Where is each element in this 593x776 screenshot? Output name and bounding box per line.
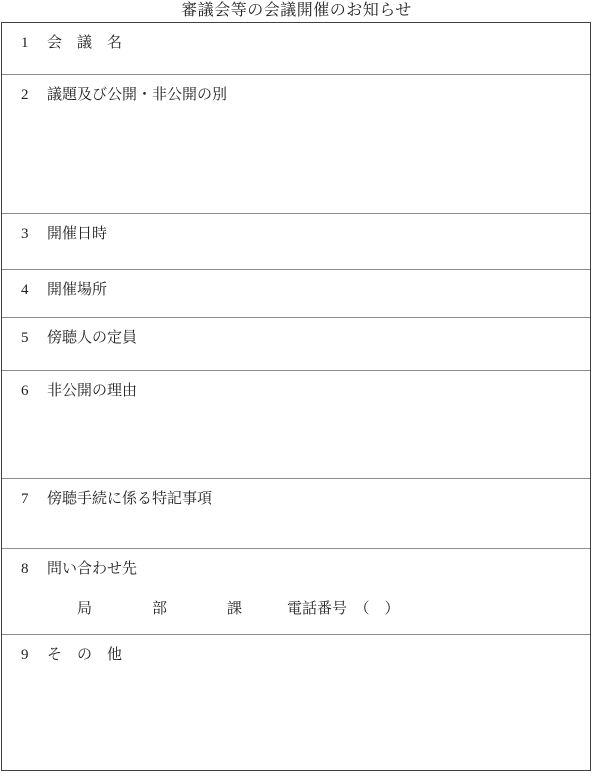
row-label: 議題及び公開・非公開の別 [47,86,227,104]
row-label: 開催日時 [47,225,107,243]
row-number: 7 [21,490,47,508]
row-number: 6 [21,382,47,400]
table-row-non-disclosure-reason: 6 非公開の理由 [2,370,590,478]
row-label: 傍聴手続に係る特記事項 [47,490,212,508]
row-label: 会 議 名 [47,34,122,52]
row-number: 5 [21,329,47,347]
row-label: 問い合わせ先 [47,560,137,578]
meeting-notice-form-table: 1 会 議 名 2 議題及び公開・非公開の別 3 開催日時 4 開催場所 5 傍… [1,22,591,771]
table-row-meeting-name: 1 会 議 名 [2,23,590,74]
table-row-agenda-public-private: 2 議題及び公開・非公開の別 [2,74,590,213]
row-number: 9 [21,646,47,664]
row-number: 4 [21,281,47,299]
row-number: 8 [21,560,47,578]
table-row-observer-capacity: 5 傍聴人の定員 [2,317,590,370]
row-label: 非公開の理由 [47,382,137,400]
table-row-observation-procedure-notes: 7 傍聴手続に係る特記事項 [2,478,590,548]
row-number: 1 [21,34,47,52]
contact-detail-line: 局 部 課 電話番号 （ ） [21,600,582,618]
row-label: 傍聴人の定員 [47,329,137,347]
table-row-date-time: 3 開催日時 [2,213,590,269]
table-row-contact: 8 問い合わせ先 局 部 課 電話番号 （ ） [2,548,590,634]
row-number: 2 [21,86,47,104]
table-row-other: 9 そ の 他 [2,634,590,770]
row-number: 3 [21,225,47,243]
row-label: そ の 他 [47,646,122,664]
table-row-venue: 4 開催場所 [2,269,590,317]
row-label: 開催場所 [47,281,107,299]
page-title: 審議会等の会議開催のお知らせ [0,1,593,20]
